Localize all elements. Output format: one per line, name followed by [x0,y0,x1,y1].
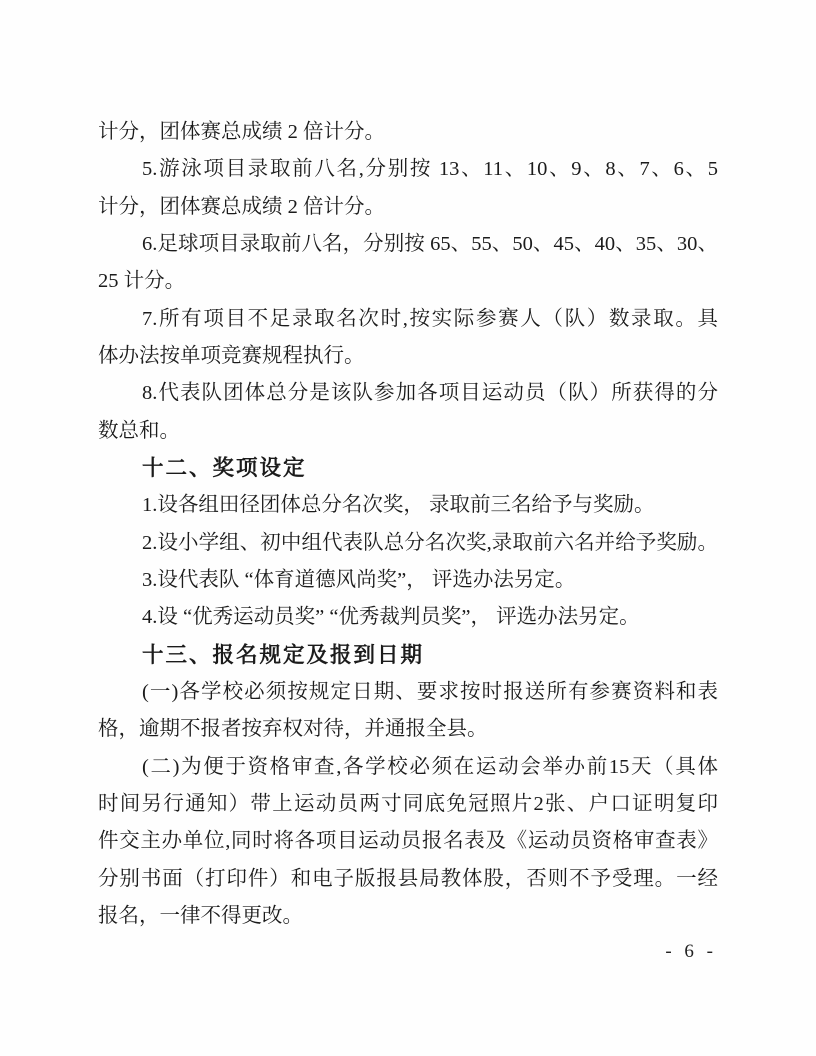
text-line: 分别书面（打印件）和电子版报县局教体股，否则不予受理。一经 [98,861,718,898]
document-body: 计分，团体赛总成绩 2 倍计分。5.游泳项目录取前八名,分别按 13、11、10… [98,114,718,935]
section-heading: 十二、奖项设定 [98,450,718,487]
text-line: 7.所有项目不足录取名次时,按实际参赛人（队）数录取。具 [98,301,718,338]
text-line: 6.足球项目录取前八名，分别按 65、55、50、45、40、35、30、 [98,226,718,263]
page-number: - 6 - [665,938,717,966]
text-line: 体办法按单项竞赛规程执行。 [98,338,718,375]
text-line: 格，逾期不报者按弃权对待，并通报全县。 [98,711,718,748]
document-page: 计分，团体赛总成绩 2 倍计分。5.游泳项目录取前八名,分别按 13、11、10… [0,0,816,1056]
text-line: 4.设 “优秀运动员奖” “优秀裁判员奖”， 评选办法另定。 [98,599,718,636]
text-line: 件交主办单位,同时将各项目运动员报名表及《运动员资格审查表》 [98,823,718,860]
text-line: (一)各学校必须按规定日期、要求按时报送所有参赛资料和表 [98,674,718,711]
text-line: (二)为便于资格审查,各学校必须在运动会举办前15天（具体 [98,749,718,786]
text-line: 2.设小学组、初中组代表队总分名次奖,录取前六名并给予奖励。 [98,525,718,562]
text-line: 数总和。 [98,413,718,450]
text-line: 5.游泳项目录取前八名,分别按 13、11、10、9、8、7、6、5 [98,151,718,188]
text-line: 3.设代表队 “体育道德风尚奖”， 评选办法另定。 [98,562,718,599]
text-line: 1.设各组田径团体总分名次奖， 录取前三名给予与奖励。 [98,487,718,524]
text-line: 8.代表队团体总分是该队参加各项目运动员（队）所获得的分 [98,375,718,412]
section-heading: 十三、报名规定及报到日期 [98,637,718,674]
text-line: 计分，团体赛总成绩 2 倍计分。 [98,189,718,226]
text-line: 25 计分。 [98,263,718,300]
text-line: 计分，团体赛总成绩 2 倍计分。 [98,114,718,151]
text-line: 时间另行通知）带上运动员两寸同底免冠照片2张、户口证明复印 [98,786,718,823]
text-line: 报名，一律不得更改。 [98,898,718,935]
